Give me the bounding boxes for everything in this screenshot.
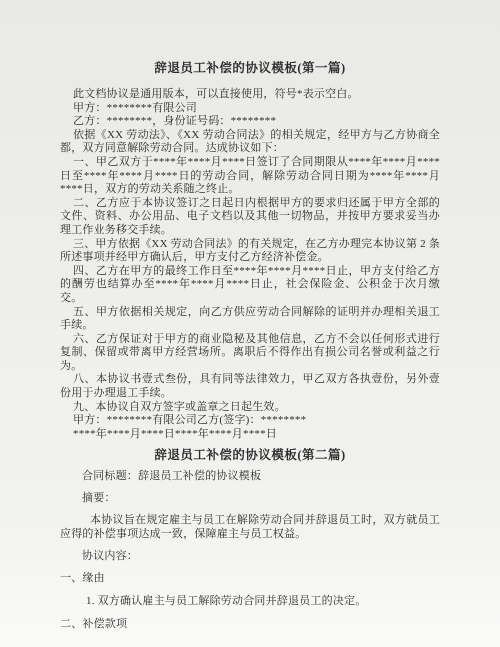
paragraph-clause-2: 二、乙方应于本协议签订之日起日内根据甲方的要求归还属于甲方全部的文件、资料、办公…: [60, 197, 440, 238]
section-heading-reason: 一、缘由: [60, 571, 440, 585]
paragraph-general-note: 此文档协议是通用版本，可以直接使用，符号*表示空白。: [60, 88, 440, 102]
paragraph-party-b: 乙方：********，身份证号码：********: [60, 115, 440, 129]
document-page: 辞退员工补偿的协议模板(第一篇) 此文档协议是通用版本，可以直接使用，符号*表示…: [0, 0, 500, 647]
document-title-part1: 辞退员工补偿的协议模板(第一篇): [60, 60, 440, 76]
paragraph-clause-3: 三、甲方依据《XX 劳动合同法》的有关规定，在乙方办理完本协议第 2 条所述事项…: [60, 238, 440, 265]
paragraph-clause-9: 九、本协议自双方签字或盖章之日起生效。: [60, 401, 440, 415]
section-item-reason-1: 1. 双方确认雇主与员工解除劳动合同并辞退员工的决定。: [60, 594, 440, 608]
document-part-1: 辞退员工补偿的协议模板(第一篇) 此文档协议是通用版本，可以直接使用，符号*表示…: [60, 60, 440, 441]
document-part-2: 辞退员工补偿的协议模板(第二篇) 合同标题：辞退员工补偿的协议模板 摘要： 本协…: [60, 447, 440, 631]
paragraph-signature-line: 甲方：********有限公司乙方(签字)：********: [60, 414, 440, 428]
paragraph-clause-8: 八、本协议书壹式叁份，具有同等法律效力，甲乙双方各执壹份，另外壹份用于办理退工手…: [60, 373, 440, 400]
paragraph-legal-basis: 依据《XX 劳动法》、《XX 劳动合同法》的相关规定，经甲方与乙方协商全都，双方…: [60, 129, 440, 156]
paragraph-clause-5: 五、甲方依据相关规定，向乙方供应劳动合同解除的证明并办理相关退工手续。: [60, 306, 440, 333]
abstract-label: 摘要：: [60, 491, 440, 505]
section-heading-compensation: 二、补偿款项: [60, 617, 440, 631]
content-label: 协议内容：: [60, 549, 440, 563]
contract-title-line: 合同标题：辞退员工补偿的协议模板: [60, 469, 440, 483]
paragraph-clause-4: 四、乙方在甲方的最终工作日至****年****月****日止，甲方支付给乙方的酬…: [60, 265, 440, 306]
paragraph-clause-6: 六、乙方保证对于甲方的商业隐秘及其他信息，乙方不会以任何形式进行复制、保留或带离…: [60, 333, 440, 374]
abstract-text: 本协议旨在规定雇主与员工在解除劳动合同并辞退员工时，双方就员工应得的补偿事项达成…: [60, 513, 440, 541]
paragraph-date-line: ****年****月****日****年****月****日: [60, 428, 440, 442]
paragraph-clause-1: 一、甲乙双方于****年****月****日签订了合同期限从****年****月…: [60, 156, 440, 197]
paragraph-party-a: 甲方：********有限公司: [60, 102, 440, 116]
document-title-part2: 辞退员工补偿的协议模板(第二篇): [60, 447, 440, 463]
